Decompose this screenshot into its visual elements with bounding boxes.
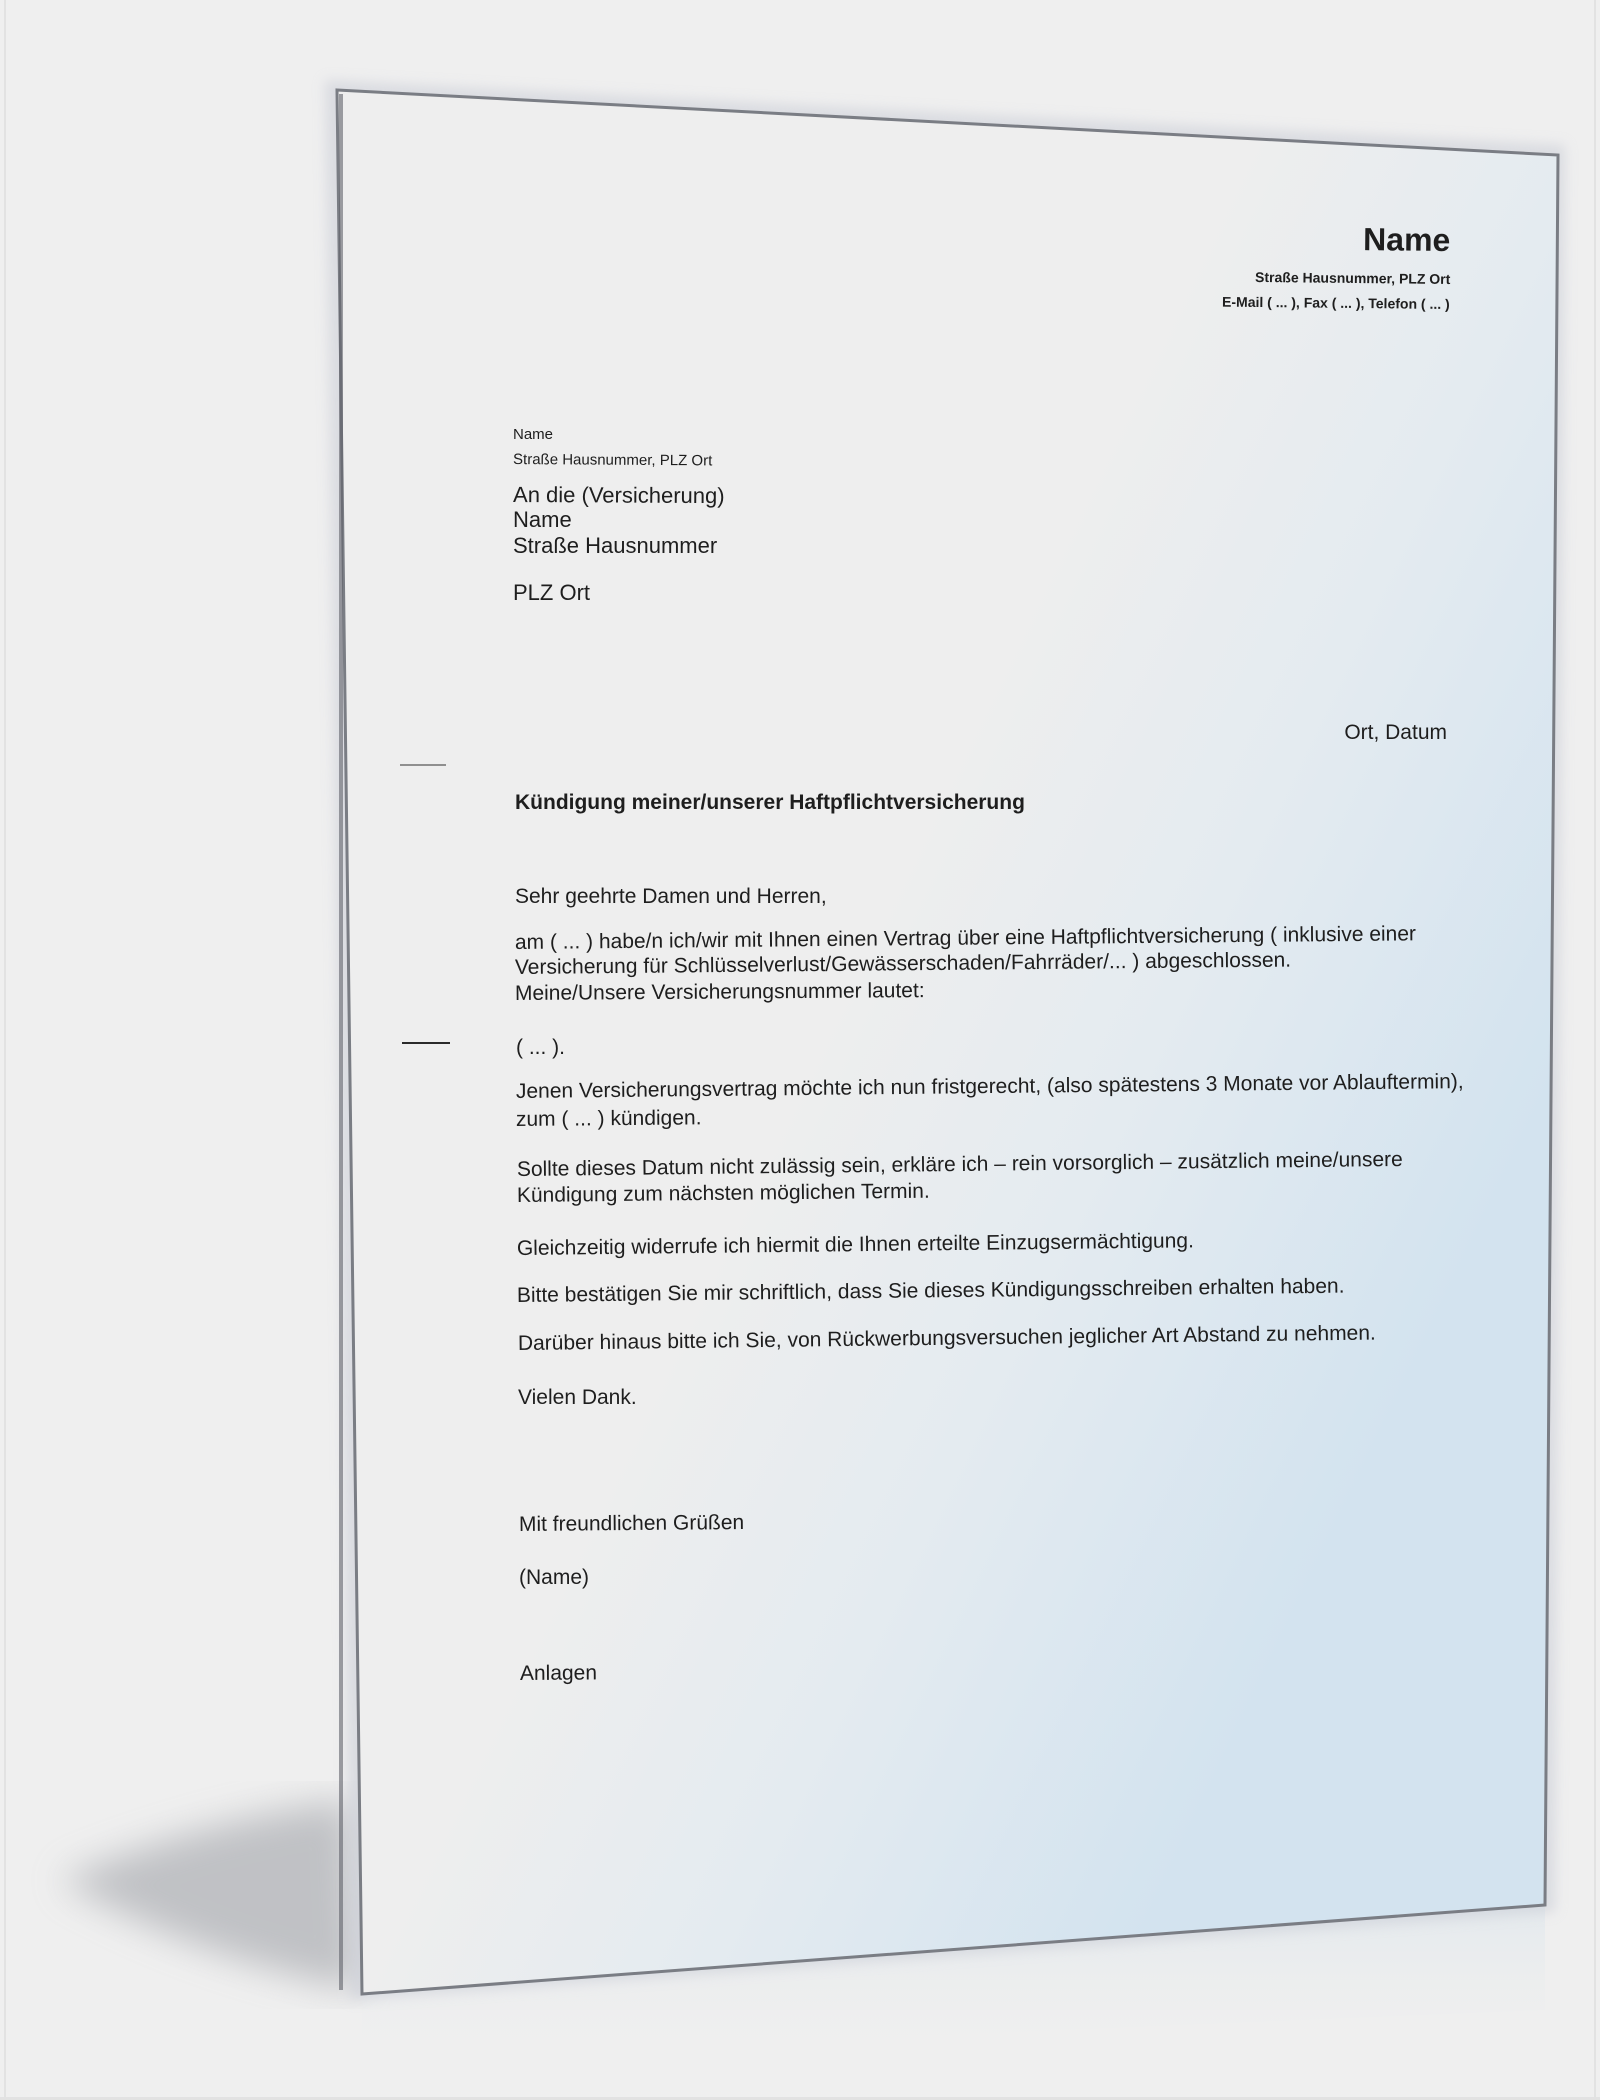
sender-name: Name	[513, 427, 553, 442]
closing-enclosures: Anlagen	[520, 1662, 597, 1684]
letterhead-address: Straße Hausnummer, PLZ Ort	[1255, 270, 1450, 286]
place-date: Ort, Datum	[1344, 722, 1447, 743]
recipient-line-2: Name	[513, 509, 572, 531]
document-page	[0, 0, 1600, 2100]
salutation: Sehr geehrte Damen und Herren,	[515, 886, 827, 907]
closing-greeting: Mit freundlichen Grüßen	[519, 1512, 744, 1535]
letterhead-contact: E-Mail ( ... ), Fax ( ... ), Telefon ( .…	[1222, 295, 1450, 311]
sender-address: Straße Hausnummer, PLZ Ort	[513, 452, 712, 468]
subject-line: Kündigung meiner/unserer Haftpflichtvers…	[515, 792, 1025, 813]
recipient-line-1: An die (Versicherung)	[513, 484, 725, 507]
closing-signature: (Name)	[519, 1567, 589, 1588]
fold-mark-middle	[402, 1042, 450, 1044]
body-insurance-number: ( ... ).	[516, 1037, 565, 1058]
recipient-line-3: Straße Hausnummer	[513, 535, 717, 557]
letterhead-name: Name	[1363, 223, 1450, 256]
fold-mark-upper	[400, 764, 446, 766]
recipient-line-4: PLZ Ort	[513, 582, 590, 604]
body-p4-line-2: Kündigung zum nächsten möglichen Termin.	[517, 1181, 930, 1206]
body-p1-line-3: Meine/Unsere Versicherungsnummer lautet:	[515, 980, 925, 1004]
floor-shadow	[60, 1800, 360, 1990]
body-p3-line-2: zum ( ... ) kündigen.	[516, 1107, 702, 1130]
body-p8: Vielen Dank.	[518, 1387, 637, 1408]
